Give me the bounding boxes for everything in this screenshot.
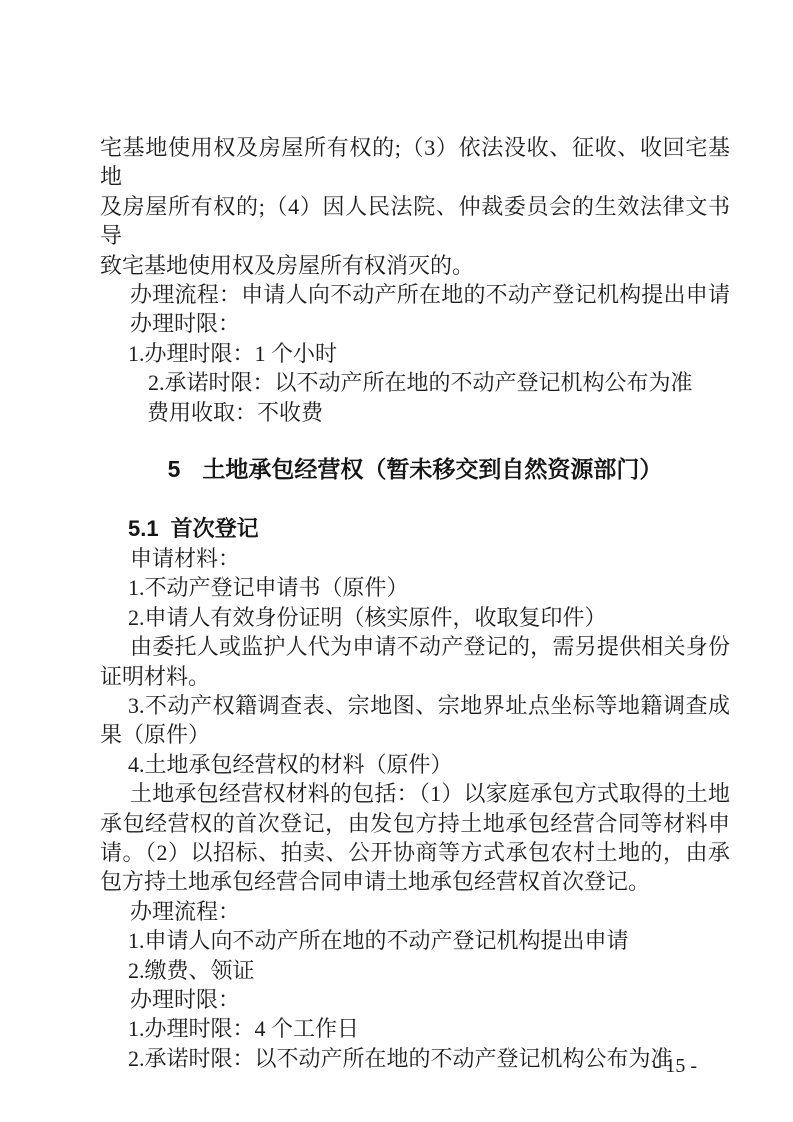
body-text-section-1: 宅基地使用权及房屋所有权的;（3）依法没收、征收、收回宅基地及房屋所有权的;（4… bbox=[100, 133, 730, 427]
text-line: 办理时限： bbox=[130, 309, 730, 338]
text-line: 证明材料。 bbox=[100, 662, 730, 691]
text-line: 宅基地使用权及房屋所有权的;（3）依法没收、征收、收回宅基地 bbox=[100, 133, 730, 192]
text-line: 1.不动产登记申请书（原件） bbox=[128, 573, 730, 602]
page-number: - 15 - bbox=[654, 1054, 697, 1078]
text-line: 致宅基地使用权及房屋所有权消灭的。 bbox=[100, 251, 730, 280]
section-heading: 5土地承包经营权（暂未移交到自然资源部门） bbox=[100, 455, 730, 484]
document-content: 宅基地使用权及房屋所有权的;（3）依法没收、征收、收回宅基地及房屋所有权的;（4… bbox=[100, 133, 730, 1073]
text-line: 果（原件） bbox=[100, 720, 730, 749]
text-line: 2.承诺时限：以不动产所在地的不动产登记机构公布为准 bbox=[128, 1044, 730, 1073]
text-line: 土地承包经营权材料的包括：（1）以家庭承包方式取得的土地 bbox=[130, 779, 730, 808]
subsection-heading: 5.1首次登记 bbox=[128, 514, 730, 543]
subsection-number: 5.1 bbox=[128, 516, 159, 541]
text-line: 1.办理时限：1 个小时 bbox=[128, 339, 730, 368]
text-line: 由委托人或监护人代为申请不动产登记的，需另提供相关身份 bbox=[130, 632, 730, 661]
body-text-section-2: 申请材料：1.不动产登记申请书（原件）2.申请人有效身份证明（核实原件，收取复印… bbox=[100, 544, 730, 1073]
text-line: 3.不动产权籍调查表、宗地图、宗地界址点坐标等地籍调查成 bbox=[128, 691, 730, 720]
text-line: 1.申请人向不动产所在地的不动产登记机构提出申请 bbox=[128, 926, 730, 955]
text-line: 费用收取：不收费 bbox=[147, 398, 730, 427]
text-line: 4.土地承包经营权的材料（原件） bbox=[128, 750, 730, 779]
text-line: 2.申请人有效身份证明（核实原件，收取复印件） bbox=[128, 603, 730, 632]
text-line: 承包经营权的首次登记，由发包方持土地承包经营合同等材料申 bbox=[100, 809, 730, 838]
text-line: 2.缴费、领证 bbox=[128, 956, 730, 985]
text-line: 办理流程：申请人向不动产所在地的不动产登记机构提出申请 bbox=[130, 280, 730, 309]
text-line: 请。（2）以招标、拍卖、公开协商等方式承包农村土地的，由承 bbox=[100, 838, 730, 867]
text-line: 2.承诺时限：以不动产所在地的不动产登记机构公布为准 bbox=[148, 368, 730, 397]
text-line: 办理时限： bbox=[130, 985, 730, 1014]
text-line: 包方持土地承包经营合同申请土地承包经营权首次登记。 bbox=[100, 867, 730, 896]
section-number: 5 bbox=[168, 456, 181, 482]
text-line: 及房屋所有权的;（4）因人民法院、仲裁委员会的生效法律文书导 bbox=[100, 192, 730, 251]
text-line: 申请材料： bbox=[130, 544, 730, 573]
subsection-title: 首次登记 bbox=[171, 516, 259, 541]
text-line: 办理流程： bbox=[130, 897, 730, 926]
section-title: 土地承包经营权（暂未移交到自然资源部门） bbox=[202, 456, 662, 482]
text-line: 1.办理时限：4 个工作日 bbox=[128, 1014, 730, 1043]
document-page: 宅基地使用权及房屋所有权的;（3）依法没收、征收、收回宅基地及房屋所有权的;（4… bbox=[0, 0, 793, 1122]
